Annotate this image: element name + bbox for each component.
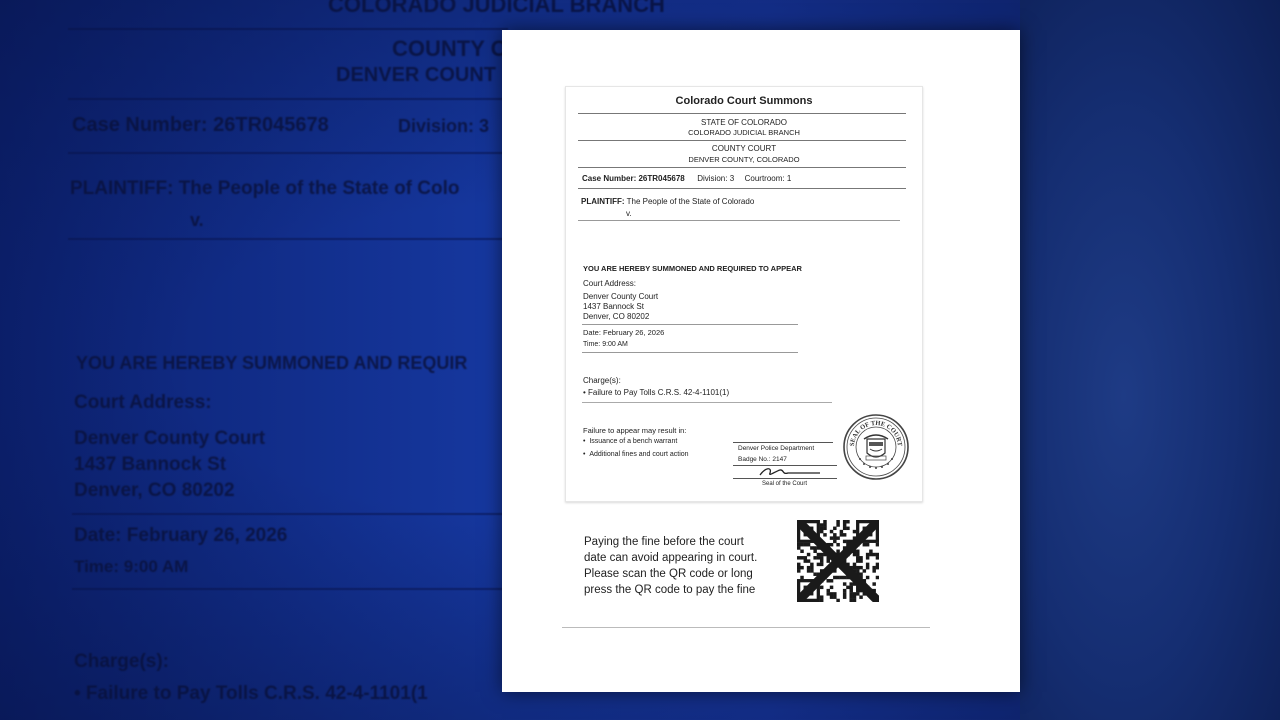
county-heading: DENVER COUNTY, COLORADO bbox=[566, 155, 922, 164]
bottom-divider bbox=[562, 627, 930, 628]
badge-row: Badge No.: 2147 bbox=[738, 456, 787, 463]
plaintiff: The People of the State of Colorado bbox=[627, 197, 755, 206]
background-right-panel bbox=[1020, 0, 1280, 720]
summons-page: Colorado Court Summons STATE OF COLORADO… bbox=[502, 30, 1020, 692]
payment-line-4: press the QR code to pay the fine bbox=[584, 582, 784, 598]
branch-heading: COLORADO JUDICIAL BRANCH bbox=[566, 128, 922, 137]
address-line-2: 1437 Bannock St bbox=[583, 302, 644, 311]
consequence-1: • Issuance of a bench warrant bbox=[583, 438, 677, 445]
consequence-2: • Additional fines and court action bbox=[583, 451, 689, 458]
charges-label: Charge(s): bbox=[583, 376, 621, 385]
payment-line-2: date can avoid appearing in court. bbox=[584, 550, 784, 566]
seal-caption: Seal of the Court bbox=[762, 481, 807, 487]
versus: v. bbox=[626, 209, 632, 218]
case-info-row: Case Number: 26TR045678 Division: 3 Cour… bbox=[582, 174, 791, 183]
court-address-label: Court Address: bbox=[583, 279, 636, 288]
courtroom: 1 bbox=[787, 174, 791, 183]
signature-icon bbox=[756, 465, 826, 479]
court-summons-document: Colorado Court Summons STATE OF COLORADO… bbox=[565, 86, 923, 502]
time: 9:00 AM bbox=[602, 341, 628, 348]
date-row: Date: February 26, 2026 bbox=[583, 328, 664, 337]
address-line-1: Denver County Court bbox=[583, 292, 658, 301]
payment-line-3: Please scan the QR code or long bbox=[584, 566, 784, 582]
time-label: Time: bbox=[583, 341, 600, 348]
case-number-label: Case Number: bbox=[582, 174, 636, 183]
summons-title: Colorado Court Summons bbox=[566, 95, 922, 107]
date: February 26, 2026 bbox=[603, 328, 664, 337]
courtroom-label: Courtroom: bbox=[745, 174, 785, 183]
badge-label: Badge No.: bbox=[738, 456, 771, 463]
time-row: Time: 9:00 AM bbox=[583, 341, 628, 348]
failure-label: Failure to appear may result in: bbox=[583, 426, 686, 435]
state-heading: STATE OF COLORADO bbox=[566, 118, 922, 127]
plaintiff-row: PLAINTIFF: The People of the State of Co… bbox=[581, 197, 754, 206]
charge-item: • Failure to Pay Tolls C.R.S. 42-4-1101(… bbox=[583, 388, 729, 397]
court-heading: COUNTY COURT bbox=[566, 144, 922, 153]
address-line-3: Denver, CO 80202 bbox=[583, 312, 649, 321]
officer-department: Denver Police Department bbox=[738, 445, 814, 452]
plaintiff-label: PLAINTIFF: bbox=[581, 197, 625, 206]
qr-code-icon[interactable] bbox=[797, 520, 879, 602]
payment-message: Paying the fine before the court date ca… bbox=[584, 534, 784, 598]
date-label: Date: bbox=[583, 328, 601, 337]
payment-line-1: Paying the fine before the court bbox=[584, 534, 784, 550]
division-label: Division: bbox=[697, 174, 727, 183]
charge-text: Failure to Pay Tolls C.R.S. 42-4-1101(1) bbox=[588, 388, 729, 397]
division: 3 bbox=[730, 174, 734, 183]
court-seal-icon: SEAL OF THE COURT bbox=[842, 413, 910, 481]
summoned-notice: YOU ARE HEREBY SUMMONED AND REQUIRED TO … bbox=[583, 264, 802, 273]
badge-number: 2147 bbox=[772, 456, 786, 463]
case-number: 26TR045678 bbox=[638, 174, 684, 183]
